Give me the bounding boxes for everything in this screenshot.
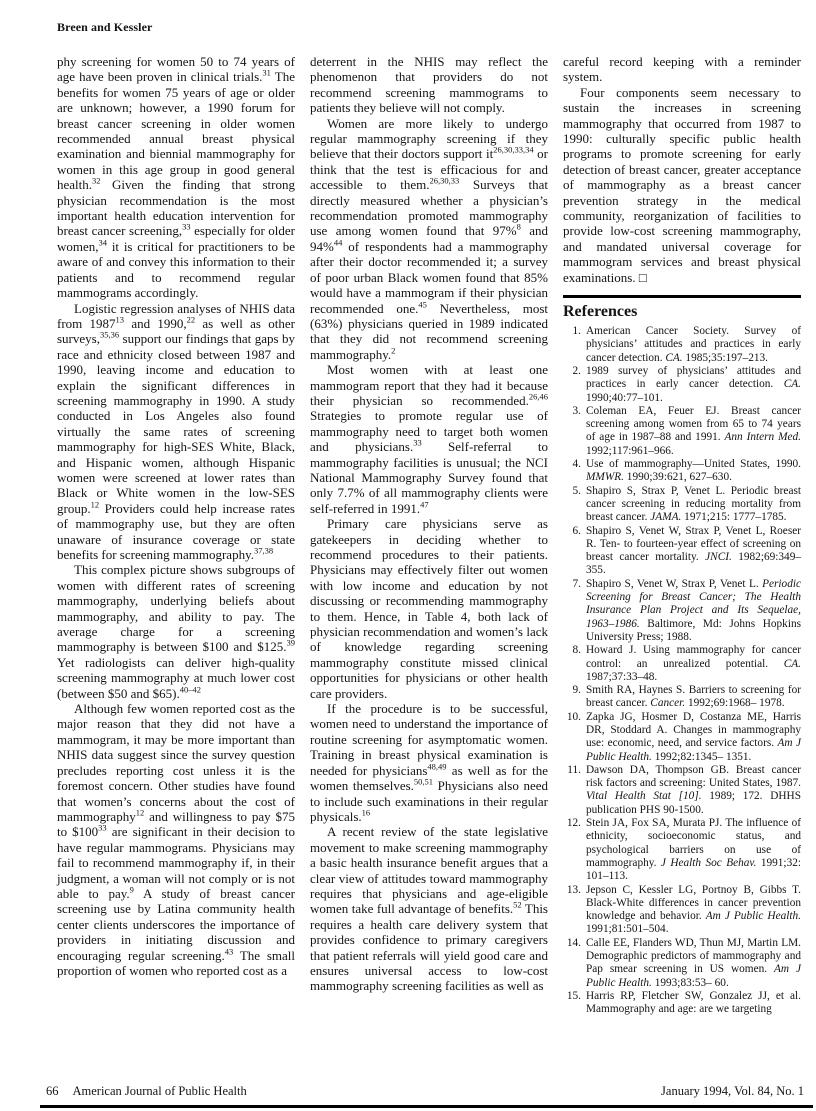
- reference-number: 2.: [563, 365, 586, 405]
- column-3: careful record keeping with a reminder s…: [563, 54, 801, 1017]
- column-2: deterrent in the NHIS may reflect the ph…: [310, 54, 548, 994]
- citation-superscript: 33: [413, 438, 422, 448]
- italic-title: J Health Soc Behav.: [661, 857, 757, 869]
- citation-superscript: 26,30,33: [429, 176, 459, 186]
- reference-item: 7.Shapiro S, Venet W, Strax P, Venet L. …: [563, 578, 801, 644]
- reference-text: Jepson C, Kessler LG, Portnoy B, Gibbs T…: [586, 884, 801, 937]
- paragraph: deterrent in the NHIS may reflect the ph…: [310, 54, 548, 116]
- italic-title: Ann Intern Med.: [725, 431, 802, 443]
- text-run: Shapiro S, Venet W, Strax P, Venet L.: [586, 578, 762, 590]
- text-run: 1991;81:501–504.: [586, 923, 669, 935]
- text-run: 1990;39:621, 627–630.: [624, 471, 732, 483]
- citation-superscript: 16: [362, 808, 371, 818]
- reference-number: 4.: [563, 458, 586, 485]
- column-3-text: careful record keeping with a reminder s…: [563, 54, 801, 285]
- references-divider-rule: [563, 295, 801, 298]
- reference-number: 15.: [563, 990, 586, 1017]
- citation-superscript: 40–42: [180, 684, 201, 694]
- italic-title: Am J Public Health.: [706, 910, 801, 922]
- text-run: The benefits for women 75 years of age o…: [57, 69, 295, 192]
- reference-number: 7.: [563, 578, 586, 644]
- paragraph: Primary care physicians serve as gatekee…: [310, 516, 548, 701]
- paragraph: phy screening for women 50 to 74 years o…: [57, 54, 295, 301]
- text-run: 1990;40:77–101.: [586, 392, 663, 404]
- citation-superscript: 33: [98, 823, 107, 833]
- paragraph: careful record keeping with a reminder s…: [563, 54, 801, 85]
- citation-superscript: 31: [262, 68, 271, 78]
- reference-number: 9.: [563, 684, 586, 711]
- citation-superscript: 12: [91, 499, 100, 509]
- paragraph: Although few women reported cost as the …: [57, 701, 295, 978]
- reference-item: 11.Dawson DA, Thompson GB. Breast cancer…: [563, 764, 801, 817]
- reference-item: 6.Shapiro S, Venet W, Strax P, Venet L, …: [563, 525, 801, 578]
- reference-item: 4.Use of mammography—United States, 1990…: [563, 458, 801, 485]
- journal-page: Breen and Kessler phy screening for wome…: [0, 0, 816, 1111]
- reference-item: 2.1989 survey of physicians’ attitudes a…: [563, 365, 801, 405]
- paragraph: If the procedure is to be successful, wo…: [310, 701, 548, 824]
- text-run: Primary care physicians serve as gatekee…: [310, 516, 548, 700]
- citation-superscript: 52: [513, 900, 522, 910]
- citation-superscript: 26,30,33,34: [493, 145, 533, 155]
- page-bottom-rule: [40, 1105, 813, 1108]
- text-run: Howard J. Using mammography for cancer c…: [586, 644, 801, 669]
- paragraph: Women are more likely to undergo regular…: [310, 116, 548, 363]
- reference-number: 13.: [563, 884, 586, 937]
- reference-text: Smith RA, Haynes S. Barriers to screenin…: [586, 684, 801, 711]
- italic-title: MMWR.: [586, 471, 624, 483]
- citation-superscript: 22: [187, 315, 196, 325]
- citation-superscript: 37,38: [254, 546, 273, 556]
- text-run: deterrent in the NHIS may reflect the ph…: [310, 54, 548, 115]
- reference-item: 3.Coleman EA, Feuer EJ. Breast cancer sc…: [563, 405, 801, 458]
- reference-text: 1989 survey of physicians’ attitudes and…: [586, 365, 801, 405]
- reference-item: 1.American Cancer Society. Survey of phy…: [563, 325, 801, 365]
- text-run: 1992;117:961–966.: [586, 445, 674, 457]
- italic-title: CA.: [665, 352, 682, 364]
- italic-title: JAMA.: [650, 511, 681, 523]
- text-run: 1987;37:33–48.: [586, 671, 657, 683]
- reference-text: Howard J. Using mammography for cancer c…: [586, 644, 801, 684]
- reference-item: 13.Jepson C, Kessler LG, Portnoy B, Gibb…: [563, 884, 801, 937]
- italic-title: Cancer.: [650, 697, 685, 709]
- citation-superscript: 32: [92, 176, 101, 186]
- text-run: 1992;82:1345– 1351.: [652, 751, 751, 763]
- paragraph: A recent review of the state legislative…: [310, 824, 548, 993]
- text-run: This complex picture shows subgroups of …: [57, 562, 295, 654]
- text-run: Although few women reported cost as the …: [57, 701, 295, 824]
- reference-text: Shapiro S, Venet W, Strax P, Venet L. Pe…: [586, 578, 801, 644]
- reference-number: 3.: [563, 405, 586, 458]
- paragraph: Logistic regression analyses of NHIS dat…: [57, 301, 295, 563]
- paragraph: This complex picture shows subgroups of …: [57, 562, 295, 701]
- reference-text: Dawson DA, Thompson GB. Breast cancer ri…: [586, 764, 801, 817]
- text-run: Harris RP, Fletcher SW, Gonzalez JJ, et …: [586, 990, 801, 1015]
- references-heading: References: [563, 303, 801, 321]
- citation-superscript: 34: [99, 238, 108, 248]
- reference-text: Calle EE, Flanders WD, Thun MJ, Martin L…: [586, 937, 801, 990]
- citation-superscript: 48,49: [427, 761, 446, 771]
- reference-text: Shapiro S, Strax P, Venet L. Periodic br…: [586, 485, 801, 525]
- reference-item: 8.Howard J. Using mammography for cancer…: [563, 644, 801, 684]
- reference-item: 10.Zapka JG, Hosmer D, Costanza ME, Harr…: [563, 711, 801, 764]
- citation-superscript: 12: [136, 808, 145, 818]
- text-run: support our findings that gaps by race a…: [57, 331, 295, 515]
- italic-title: CA.: [784, 658, 801, 670]
- reference-item: 15.Harris RP, Fletcher SW, Gonzalez JJ, …: [563, 990, 801, 1017]
- citation-superscript: 35,36: [100, 330, 119, 340]
- reference-number: 14.: [563, 937, 586, 990]
- reference-number: 1.: [563, 325, 586, 365]
- text-run: Four components seem necessary to sustai…: [563, 85, 801, 285]
- article-body: phy screening for women 50 to 74 years o…: [57, 54, 801, 1017]
- reference-number: 10.: [563, 711, 586, 764]
- citation-superscript: 13: [116, 315, 125, 325]
- journal-name: American Journal of Public Health: [73, 1084, 247, 1098]
- text-run: Dawson DA, Thompson GB. Breast cancer ri…: [586, 764, 801, 789]
- references-list: 1.American Cancer Society. Survey of phy…: [563, 325, 801, 1016]
- reference-number: 6.: [563, 525, 586, 578]
- text-run: Yet radiologists can deliver high-qualit…: [57, 655, 295, 701]
- paragraph: Most women with at least one mammogram r…: [310, 362, 548, 516]
- reference-number: 8.: [563, 644, 586, 684]
- citation-superscript: 50,51: [414, 777, 433, 787]
- citation-superscript: 39: [287, 638, 296, 648]
- reference-item: 14.Calle EE, Flanders WD, Thun MJ, Marti…: [563, 937, 801, 990]
- text-run: Use of mammography—United States, 1990.: [586, 458, 801, 470]
- column-1: phy screening for women 50 to 74 years o…: [57, 54, 295, 978]
- citation-superscript: 47: [420, 499, 429, 509]
- citation-superscript: 33: [182, 222, 191, 232]
- reference-item: 5.Shapiro S, Strax P, Venet L. Periodic …: [563, 485, 801, 525]
- citation-superscript: 2: [391, 345, 395, 355]
- italic-title: JNCI.: [705, 551, 732, 563]
- text-run: 1985;35:197–213.: [683, 352, 768, 364]
- reference-text: Stein JA, Fox SA, Murata PJ. The influen…: [586, 817, 801, 883]
- page-number: 66: [46, 1084, 59, 1098]
- reference-text: American Cancer Society. Survey of physi…: [586, 325, 801, 365]
- reference-text: Use of mammography—United States, 1990. …: [586, 458, 801, 485]
- text-run: 1993;83:53– 60.: [652, 977, 729, 989]
- reference-text: Harris RP, Fletcher SW, Gonzalez JJ, et …: [586, 990, 801, 1017]
- footer-left: 66American Journal of Public Health: [46, 1084, 247, 1099]
- text-run: 1989 survey of physicians’ attitudes and…: [586, 365, 801, 390]
- citation-superscript: 43: [225, 946, 234, 956]
- reference-number: 12.: [563, 817, 586, 883]
- text-run: careful record keeping with a reminder s…: [563, 54, 801, 84]
- footer-issue-info: January 1994, Vol. 84, No. 1: [661, 1084, 804, 1099]
- reference-number: 11.: [563, 764, 586, 817]
- reference-item: 9.Smith RA, Haynes S. Barriers to screen…: [563, 684, 801, 711]
- text-run: 1992;69:1968– 1978.: [685, 697, 784, 709]
- text-run: and 1990,: [124, 316, 187, 331]
- reference-number: 5.: [563, 485, 586, 525]
- italic-title: CA.: [784, 378, 801, 390]
- paragraph: Four components seem necessary to sustai…: [563, 85, 801, 285]
- text-run: 1971;215: 1777–1785.: [681, 511, 786, 523]
- citation-superscript: 26,46: [529, 392, 548, 402]
- text-run: Calle EE, Flanders WD, Thun MJ, Martin L…: [586, 937, 801, 976]
- reference-text: Coleman EA, Feuer EJ. Breast cancer scre…: [586, 405, 801, 458]
- reference-item: 12.Stein JA, Fox SA, Murata PJ. The infl…: [563, 817, 801, 883]
- italic-title: Vital Health Stat [10].: [586, 790, 702, 802]
- text-run: Most women with at least one mammogram r…: [310, 362, 548, 408]
- reference-text: Shapiro S, Venet W, Strax P, Venet L, Ro…: [586, 525, 801, 578]
- text-run: phy screening for women 50 to 74 years o…: [57, 54, 295, 84]
- reference-text: Zapka JG, Hosmer D, Costanza ME, Harris …: [586, 711, 801, 764]
- text-run: Zapka JG, Hosmer D, Costanza ME, Harris …: [586, 711, 801, 750]
- citation-superscript: 45: [418, 299, 427, 309]
- running-head: Breen and Kessler: [57, 20, 152, 35]
